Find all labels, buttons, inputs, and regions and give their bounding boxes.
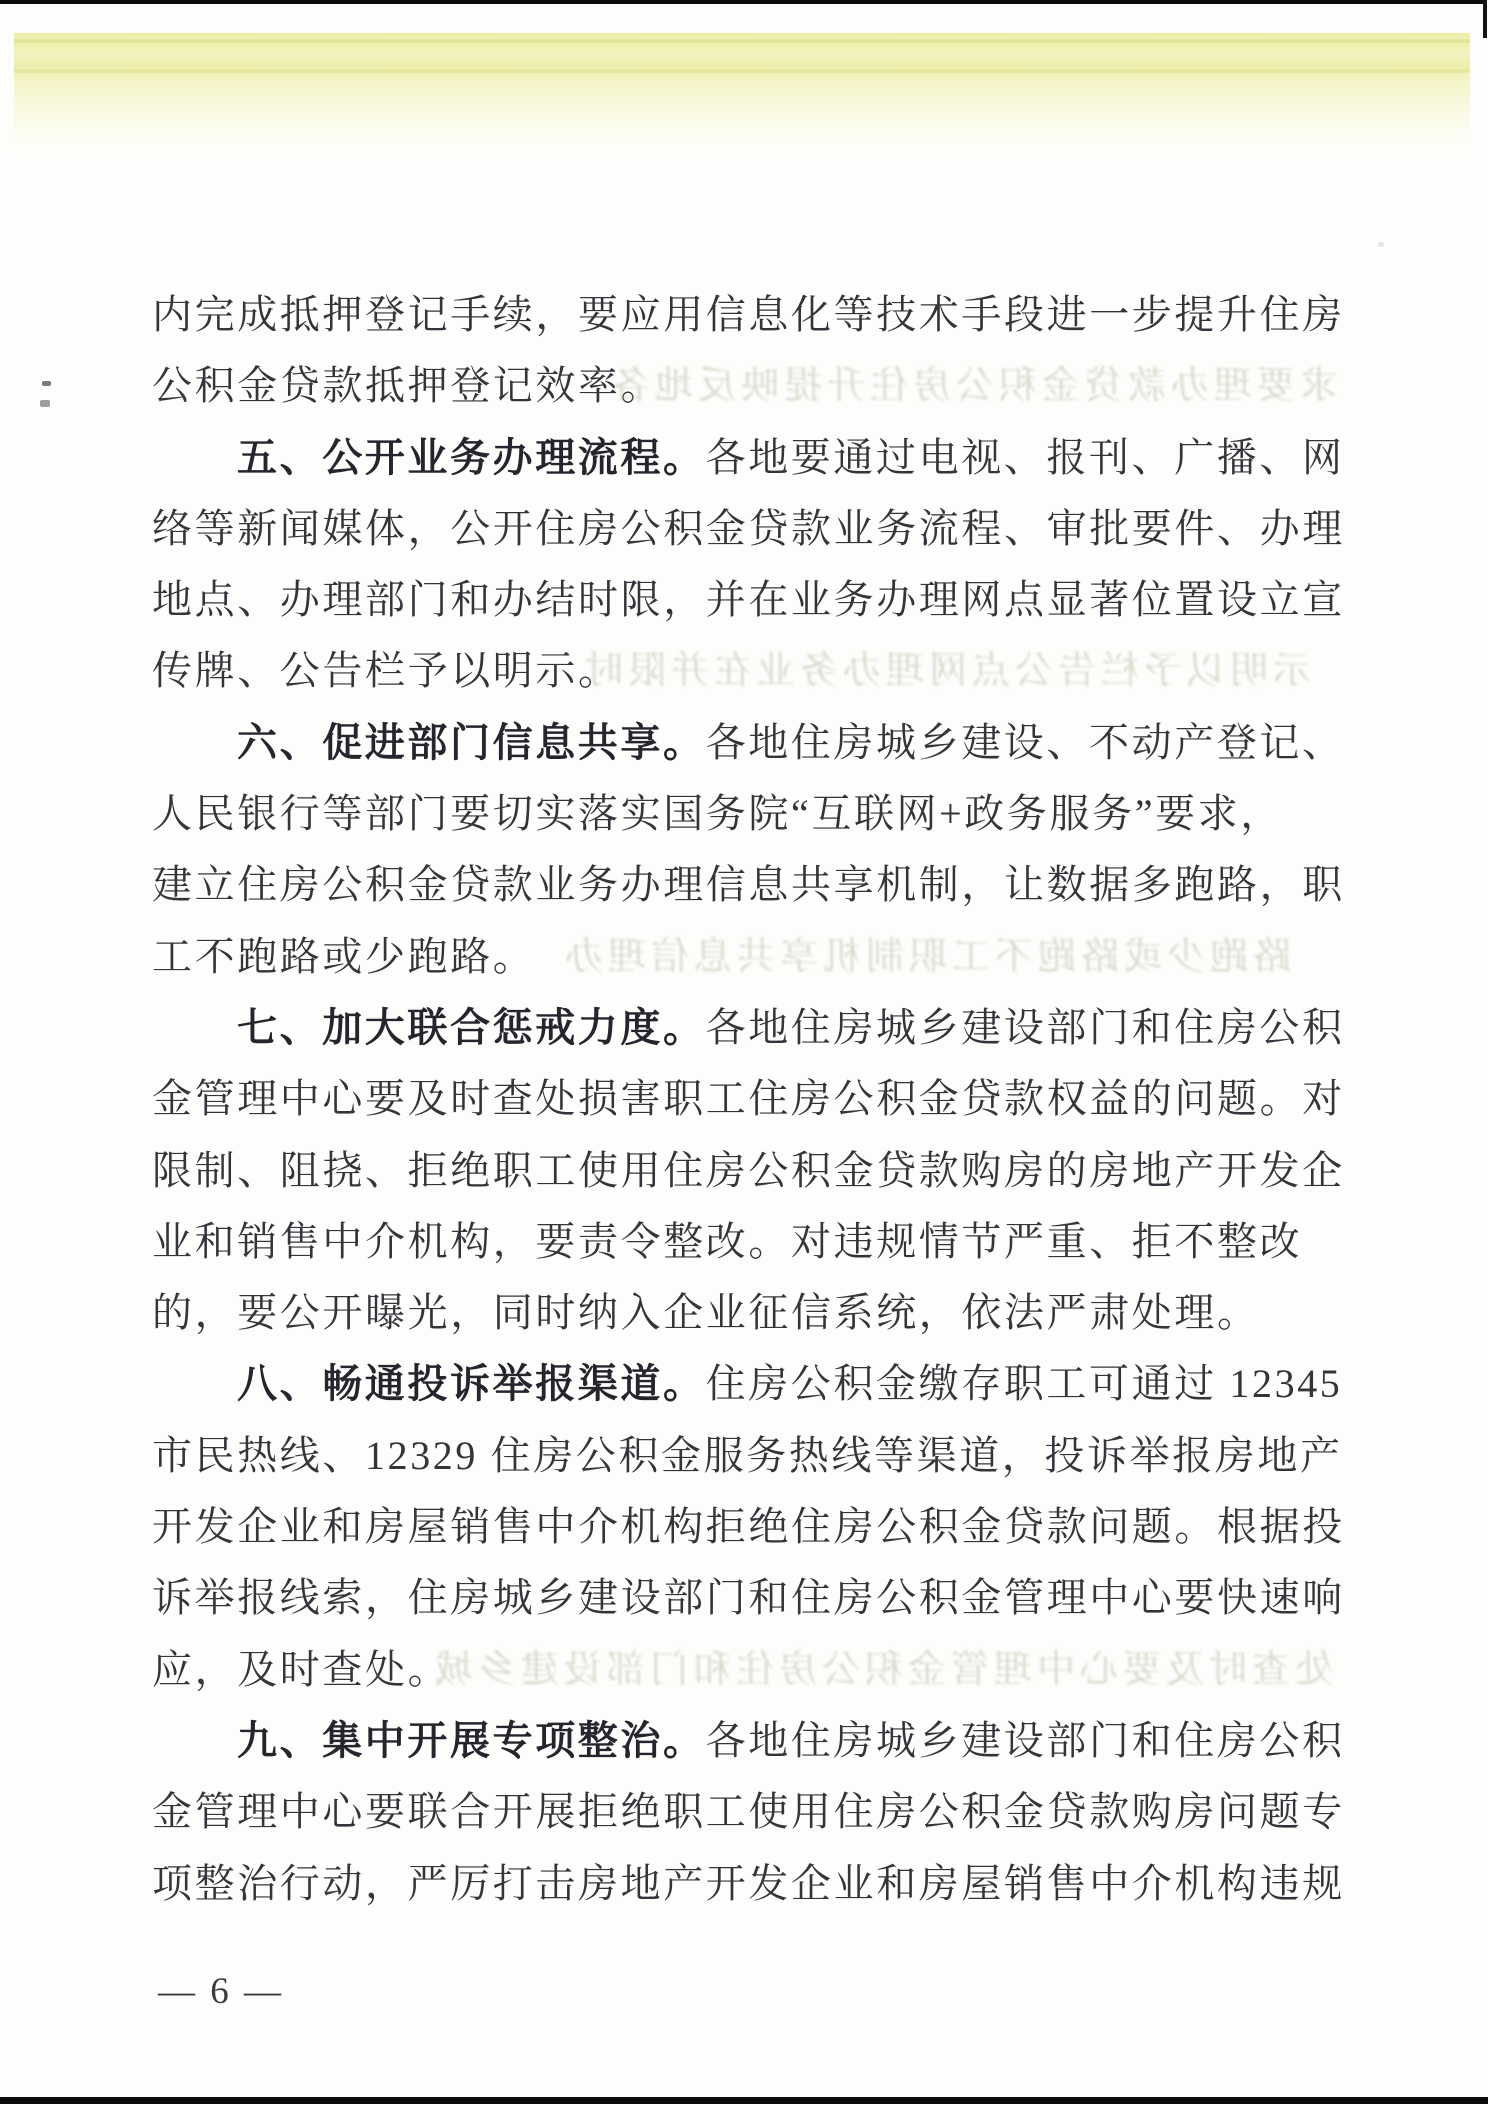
text-line: 项整治行动，严厉打击房地产开发企业和房屋销售中介机构违规 <box>152 1848 1442 1919</box>
line-text: 人民银行等部门要切实落实国务院“互联网+政务服务”要求， <box>152 791 1283 836</box>
line-text: 的，要公开曝光，同时纳入企业征信系统，依法严肃处理。 <box>152 1290 1260 1335</box>
ink-speck <box>1378 242 1384 247</box>
line-text: 公积金贷款抵押登记效率。 <box>152 363 663 408</box>
line-text: 项整治行动，严厉打击房地产开发企业和房屋销售中介机构违规 <box>152 1861 1345 1906</box>
scan-band-streak <box>14 39 1470 43</box>
line-text: 各地要通过电视、报刊、广播、网 <box>706 435 1345 480</box>
scanned-document-page: 内完成抵押登记手续，要应用信息化等技术手段进一步提升住房公积金贷款抵押登记效率。… <box>0 0 1488 2104</box>
text-line: 业和销售中介机构，要责令整改。对违规情节严重、拒不整改 <box>152 1206 1442 1277</box>
text-line: 内完成抵押登记手续，要应用信息化等技术手段进一步提升住房 <box>152 279 1442 350</box>
line-text: 各地住房城乡建设部门和住房公积 <box>706 1005 1345 1050</box>
scan-edge-bottom <box>0 2097 1488 2104</box>
line-text: 地点、办理部门和办结时限，并在业务办理网点显著位置设立宣 <box>152 577 1345 622</box>
text-line: 金管理中心要联合开展拒绝职工使用住房公积金贷款购房问题专 <box>152 1776 1442 1847</box>
line-text: 业和销售中介机构，要责令整改。对违规情节严重、拒不整改 <box>152 1219 1302 1264</box>
bleed-through-text: 处查时及要心中理管金积公房住和门部设建乡城 <box>430 1642 1333 1698</box>
scan-corner-mark <box>1483 0 1487 38</box>
line-text: 限制、阻挠、拒绝职工使用住房公积金贷款购房的房地产开发企 <box>152 1148 1345 1193</box>
line-text: 各地住房城乡建设、不动产登记、 <box>706 720 1345 765</box>
line-text: 金管理中心要及时查处损害职工住房公积金贷款权益的问题。对 <box>152 1076 1345 1121</box>
line-text: 各地住房城乡建设部门和住房公积 <box>706 1718 1345 1763</box>
ink-speck <box>42 381 51 386</box>
text-line: 九、集中开展专项整治。各地住房城乡建设部门和住房公积 <box>152 1705 1442 1776</box>
text-line: 建立住房公积金贷款业务办理信息共享机制，让数据多跑路，职 <box>152 849 1442 920</box>
ink-speck <box>40 400 50 407</box>
page-number: — 6 — <box>158 1970 284 2013</box>
section-heading: 六、促进部门信息共享。 <box>237 720 706 765</box>
bleed-through-text: 示明以予栏告公点网理办务业在并限时 <box>580 643 1311 699</box>
line-text: 内完成抵押登记手续，要应用信息化等技术手段进一步提升住房 <box>152 292 1345 337</box>
section-heading: 七、加大联合惩戒力度。 <box>237 1005 706 1050</box>
text-line: 七、加大联合惩戒力度。各地住房城乡建设部门和住房公积 <box>152 992 1442 1063</box>
section-heading: 五、公开业务办理流程。 <box>237 435 706 480</box>
text-line: 的，要公开曝光，同时纳入企业征信系统，依法严肃处理。 <box>152 1277 1442 1348</box>
line-text: 金管理中心要联合开展拒绝职工使用住房公积金贷款购房问题专 <box>152 1789 1345 1834</box>
text-line: 限制、阻挠、拒绝职工使用住房公积金贷款购房的房地产开发企 <box>152 1135 1442 1206</box>
line-text: 开发企业和房屋销售中介机构拒绝住房公积金贷款问题。根据投 <box>152 1504 1345 1549</box>
line-text: 市民热线、12329 住房公积金服务热线等渠道，投诉举报房地产 <box>152 1433 1343 1478</box>
document-lines: 内完成抵押登记手续，要应用信息化等技术手段进一步提升住房公积金贷款抵押登记效率。… <box>152 279 1442 1919</box>
section-heading: 九、集中开展专项整治。 <box>237 1718 706 1763</box>
scan-band-streak <box>14 69 1470 73</box>
line-text: 络等新闻媒体，公开住房公积金贷款业务流程、审批要件、办理 <box>152 506 1345 551</box>
text-line: 人民银行等部门要切实落实国务院“互联网+政务服务”要求， <box>152 778 1442 849</box>
line-text: 诉举报线索，住房城乡建设部门和住房公积金管理中心要快速响 <box>152 1575 1345 1620</box>
scan-highlight-band <box>14 33 1470 161</box>
line-text: 应，及时查处。 <box>152 1647 450 1692</box>
text-line: 开发企业和房屋销售中介机构拒绝住房公积金贷款问题。根据投 <box>152 1491 1442 1562</box>
text-line: 八、畅通投诉举报渠道。住房公积金缴存职工可通过 12345 <box>152 1348 1442 1419</box>
text-line: 工不跑路或少跑路。路跑少或路跑不工职制机享共息信理办 <box>152 921 1442 992</box>
text-line: 络等新闻媒体，公开住房公积金贷款业务流程、审批要件、办理 <box>152 493 1442 564</box>
bleed-through-text: 求要理办款贷金积公房住升提映反地各 <box>607 358 1338 414</box>
bleed-through-text: 路跑少或路跑不工职制机享共息信理办 <box>560 929 1291 985</box>
text-line: 金管理中心要及时查处损害职工住房公积金贷款权益的问题。对 <box>152 1063 1442 1134</box>
text-line: 五、公开业务办理流程。各地要通过电视、报刊、广播、网 <box>152 422 1442 493</box>
section-heading: 八、畅通投诉举报渠道。 <box>237 1361 706 1406</box>
text-line: 传牌、公告栏予以明示。示明以予栏告公点网理办务业在并限时 <box>152 635 1442 706</box>
text-line: 诉举报线索，住房城乡建设部门和住房公积金管理中心要快速响 <box>152 1562 1442 1633</box>
line-text: 住房公积金缴存职工可通过 12345 <box>706 1361 1343 1406</box>
line-text: 建立住房公积金贷款业务办理信息共享机制，让数据多跑路，职 <box>152 862 1345 907</box>
scan-edge-top <box>0 0 1484 4</box>
text-line: 地点、办理部门和办结时限，并在业务办理网点显著位置设立宣 <box>152 564 1442 635</box>
line-text: 传牌、公告栏予以明示。 <box>152 648 621 693</box>
text-line: 六、促进部门信息共享。各地住房城乡建设、不动产登记、 <box>152 707 1442 778</box>
text-line: 应，及时查处。处查时及要心中理管金积公房住和门部设建乡城 <box>152 1634 1442 1705</box>
line-text: 工不跑路或少跑路。 <box>152 934 535 979</box>
text-line: 公积金贷款抵押登记效率。求要理办款贷金积公房住升提映反地各 <box>152 350 1442 421</box>
text-line: 市民热线、12329 住房公积金服务热线等渠道，投诉举报房地产 <box>152 1420 1442 1491</box>
